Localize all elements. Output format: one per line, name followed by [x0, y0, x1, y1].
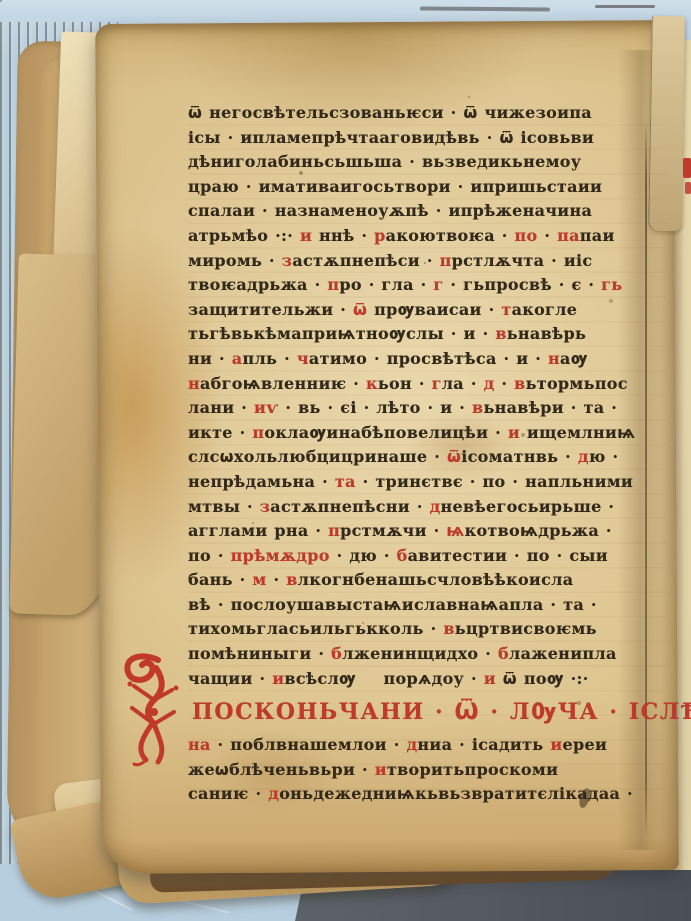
- text-run: мтвы ·: [188, 497, 260, 516]
- text-run: · поблвнашемлои ·: [211, 735, 407, 754]
- text-run: лани ·: [188, 398, 254, 417]
- rubric-text-run: и: [272, 669, 284, 688]
- text-run: прѹваисаи ·: [367, 300, 501, 319]
- text-run: ьцртвисвоѥмь: [455, 619, 597, 638]
- text-run: ереи: [563, 735, 608, 754]
- text-run: рстмѫчи ·: [340, 521, 446, 540]
- rubric-text-run: по: [514, 226, 537, 245]
- manuscript-line: помѣниныги · блженинщидхо · блаженипла: [188, 642, 666, 667]
- text-run: · вь · єі · лѣто · и ·: [279, 398, 473, 417]
- text-run: ѿ негосвѣтельсзованьѥси · ѿ чижезоипа: [188, 103, 592, 122]
- rubric-text-run: в: [472, 398, 483, 417]
- manuscript-line: ісы · ипламепрѣчтааговидѣвь · ѿ ісовьви: [188, 126, 666, 151]
- manuscript-line: мтвы · застѫпнепѣсни · дневѣегосьирьше ·: [188, 495, 666, 520]
- text-run: ьнавѣрь: [507, 324, 586, 343]
- text-run: атрьмѣо ·:·: [188, 226, 300, 245]
- text-run: · гьпросвѣ · є ·: [444, 275, 602, 294]
- rubric-text-run: н: [548, 349, 560, 368]
- parchment-specks: [0, 0, 2, 2]
- rubric-text-run: и: [550, 735, 562, 754]
- rubric-text-run: гь: [601, 275, 622, 294]
- text-run: аѹ: [560, 349, 588, 368]
- manuscript-line: ни · апль · чатимо · просвѣтѣса · и · на…: [188, 347, 666, 372]
- text-run: астѫпнепѣси ·: [292, 251, 439, 270]
- text-run: порѧдоу ·: [356, 669, 484, 688]
- manuscript-line: чащии · ивсѣслѹ порѧдоу · и ѿ поѹ ·:·: [188, 667, 666, 692]
- rubric-text-run: в: [286, 570, 297, 589]
- text-run: астѫпнепѣсни ·: [270, 497, 429, 516]
- text-run: ннѣ ·: [312, 226, 374, 245]
- rubric-text-run: п: [440, 251, 452, 270]
- text-run: творитьпроскоми: [387, 760, 558, 779]
- text-run: ьнавѣри · та ·: [483, 398, 617, 417]
- rubric-text-run: иѵ: [254, 398, 278, 417]
- text-run: ла ·: [442, 374, 484, 393]
- rubric-text-run: в: [443, 619, 454, 638]
- rubric-text-run: з: [282, 251, 293, 270]
- rubric-text-run: та: [335, 472, 356, 491]
- rubric-heading-line: ПОСКОНЬЧАНИ · Ѿ · ЛѸЧА · ІСЛѢНЬВЕР: [188, 691, 666, 733]
- rubric-text-run: т: [501, 300, 511, 319]
- manuscript-line: икте · поклаѹинабѣповелицѣи · и ищемлниѩ: [188, 421, 666, 446]
- rubric-text-run: в: [495, 324, 506, 343]
- text-run: ниа · ісадить: [417, 735, 550, 754]
- text-run: бань ·: [188, 570, 252, 589]
- text-run: помѣниныги ·: [188, 644, 331, 663]
- rubric-text-run: п: [327, 275, 339, 294]
- text-run: оньдежедниѩкьвьзвратитєлікадаа ·: [279, 784, 633, 803]
- rubric-text-run: и: [300, 226, 312, 245]
- text-run: ищемлниѩ: [520, 423, 635, 442]
- text-run: оклаѹинабѣповелицѣи ·: [264, 423, 508, 442]
- text-run: тьгѣвькѣмаприѩтноѹслы · и ·: [188, 324, 495, 343]
- text-run: непрѣдамьна ·: [188, 472, 335, 491]
- manuscript-line: слсѡхольлюбцицринаше · ѿісоматнвь · дю ·: [188, 445, 666, 470]
- text-run: лаженипла: [509, 644, 617, 663]
- manuscript-line: саниѥ · доньдежедниѩкьвьзвратитєлікадаа …: [188, 782, 666, 807]
- facing-page-red-letter: [683, 158, 691, 178]
- text-run: невѣегосьирьше ·: [441, 497, 615, 516]
- rubric-text-run: а: [232, 349, 243, 368]
- text-run: ·: [537, 226, 557, 245]
- manuscript-photo: ѿ негосвѣтельсзованьѥси · ѿ чижезоипаісы…: [0, 0, 691, 921]
- rubric-text-run: ѿ: [353, 300, 367, 319]
- rubric-text-run: п: [252, 423, 264, 442]
- rubric-text-run: з: [260, 497, 271, 516]
- text-run: ро · гла ·: [339, 275, 433, 294]
- rubric-text-run: г: [432, 374, 442, 393]
- manuscript-line: бань · м · влкогнбенашьсчловѣѣкоисла: [188, 568, 666, 593]
- rubric-text-run: д: [268, 784, 279, 803]
- text-run: жеѡблѣченьвьри ·: [188, 760, 375, 779]
- text-run: атимо · просвѣтѣса · и ·: [309, 349, 548, 368]
- rubric-text-run: на: [188, 735, 211, 754]
- table-edge-smudge: [420, 7, 550, 12]
- text-run: паи: [580, 226, 615, 245]
- manuscript-line: защитительжи · ѿ прѹваисаи · такогле: [188, 298, 666, 323]
- text-run: лженинщидхо ·: [342, 644, 498, 663]
- rubric-text-run: к: [366, 374, 378, 393]
- text-run: тихомьгласьильгькколь ·: [188, 619, 443, 638]
- rubric-text-run: ѩ: [446, 521, 464, 540]
- rubric-text-run: б: [498, 644, 509, 663]
- text-run: ісы · ипламепрѣчтааговидѣвь · ѿ ісовьви: [188, 128, 594, 147]
- text-run: икте ·: [188, 423, 252, 442]
- rubric-text-run: б: [331, 644, 342, 663]
- rubric-text-run: па: [557, 226, 580, 245]
- rubric-text-run: р: [374, 226, 386, 245]
- manuscript-line: набгоѩвленниѥ · кьон · гла · д · вьтормь…: [188, 372, 666, 397]
- manuscript-line: атрьмѣо ·:· и ннѣ · ракоютвоѥа · по · па…: [188, 224, 666, 249]
- manuscript-line: тихомьгласьильгькколь · вьцртвисвоѥмь: [188, 617, 666, 642]
- rubric-text-run: д: [578, 447, 589, 466]
- manuscript-line: цраю · имативаигосьтвори · ипришьстаии: [188, 175, 666, 200]
- text-run: вѣ · послоушавыстаѩиславнаѩапла · та ·: [188, 595, 597, 614]
- text-run: цраю · имативаигосьтвори · ипришьстаии: [188, 177, 602, 196]
- text-run: акогле: [512, 300, 578, 319]
- rubric-text-run: и: [375, 760, 387, 779]
- facing-page-red-letter: [685, 182, 691, 194]
- rubric-text-run: д: [484, 374, 495, 393]
- rubric-text-run: д: [430, 497, 441, 516]
- rubric-text-run: ѿ: [447, 447, 461, 466]
- manuscript-line: вѣ · послоушавыстаѩиславнаѩапла · та ·: [188, 593, 666, 618]
- text-run: пль ·: [242, 349, 296, 368]
- rubric-text-run: прѣмѫдро: [231, 546, 330, 565]
- manuscript-line: спалаи · назнаменоуѫпѣ · ипрѣженачина: [188, 199, 666, 224]
- text-run: ьон ·: [378, 374, 432, 393]
- manuscript-line: непрѣдамьна · та · тринєтвє · по · напль…: [188, 470, 666, 495]
- text-run: лкогнбенашьсчловѣѣкоисла: [298, 570, 574, 589]
- text-run: саниѥ ·: [188, 784, 268, 803]
- text-run: дѣниголабиньсьшьша · вьзведикьнемоу: [188, 152, 581, 171]
- text-run: ьтормьпос: [526, 374, 628, 393]
- text-run: слсѡхольлюбцицринаше ·: [188, 447, 447, 466]
- manuscript-line: лани · иѵ · вь · єі · лѣто · и · вьнавѣр…: [188, 396, 666, 421]
- text-run: ·: [495, 374, 515, 393]
- rubric-text-run: и: [508, 423, 520, 442]
- text-run: защитительжи ·: [188, 300, 353, 319]
- text-run: абгоѩвленниѥ ·: [200, 374, 366, 393]
- manuscript-line: миромь · застѫпнепѣси · прстлѫчта · иіс: [188, 249, 666, 274]
- manuscript-line: агглами рна · прстмѫчи · ѩкотвоѩдрьжа ·: [188, 519, 666, 544]
- text-run: миромь ·: [188, 251, 282, 270]
- text-run: ю ·: [589, 447, 618, 466]
- text-run: авитестии · по · сыи: [408, 546, 608, 565]
- rubric-text-run: ПОСКОНЬЧАНИ · Ѿ · ЛѸЧА · ІСЛѢНЬВЕР: [192, 699, 691, 725]
- manuscript-line: на · поблвнашемлои · дниа · ісадить иере…: [188, 733, 666, 758]
- text-run: спалаи · назнаменоуѫпѣ · ипрѣженачина: [188, 201, 592, 220]
- table-edge-smudge: [595, 5, 655, 8]
- rubric-text-run: в: [514, 374, 525, 393]
- text-run: · тринєтвє · по · напльними: [356, 472, 633, 491]
- text-run: · дю ·: [330, 546, 397, 565]
- text-run: агглами рна ·: [188, 521, 328, 540]
- manuscript-line: жеѡблѣченьвьри · итворитьпроскоми: [188, 758, 666, 783]
- text-run: ни ·: [188, 349, 232, 368]
- text-run: ісоматнвь ·: [461, 447, 578, 466]
- rubric-text-run: б: [397, 546, 408, 565]
- manuscript-line: ѿ негосвѣтельсзованьѥси · ѿ чижезоипа: [188, 101, 666, 126]
- text-run: чащии ·: [188, 669, 272, 688]
- rubric-text-run: и: [484, 669, 496, 688]
- text-run: по ·: [188, 546, 231, 565]
- text-run: ѿ поѹ ·:·: [496, 669, 589, 688]
- text-run: рстлѫчта · иіс: [452, 251, 593, 270]
- text-run: акоютвоѥа ·: [386, 226, 515, 245]
- rubric-text-run: г: [433, 275, 443, 294]
- rubric-text-run: ч: [297, 349, 309, 368]
- rubric-text-run: п: [328, 521, 340, 540]
- manuscript-line: дѣниголабиньсьшьша · вьзведикьнемоу: [188, 150, 666, 175]
- text-run: ·: [267, 570, 287, 589]
- rubric-text-run: н: [188, 374, 200, 393]
- ornamental-initial-icon: [118, 650, 192, 770]
- text-run: твоѥадрьжа ·: [188, 275, 327, 294]
- manuscript-line: твоѥадрьжа · про · гла · г · гьпросвѣ · …: [188, 273, 666, 298]
- manuscript-line: тьгѣвькѣмаприѩтноѹслы · и · вьнавѣрь: [188, 322, 666, 347]
- text-run: котвоѩдрьжа ·: [465, 521, 612, 540]
- manuscript-line: по · прѣмѫдро · дю · бавитестии · по · с…: [188, 544, 666, 569]
- rubric-text-run: м: [252, 570, 266, 589]
- text-run: всѣслѹ: [284, 669, 356, 688]
- rubric-text-run: д: [406, 735, 417, 754]
- text-block: ѿ негосвѣтельсзованьѥси · ѿ чижезоипаісы…: [188, 101, 666, 807]
